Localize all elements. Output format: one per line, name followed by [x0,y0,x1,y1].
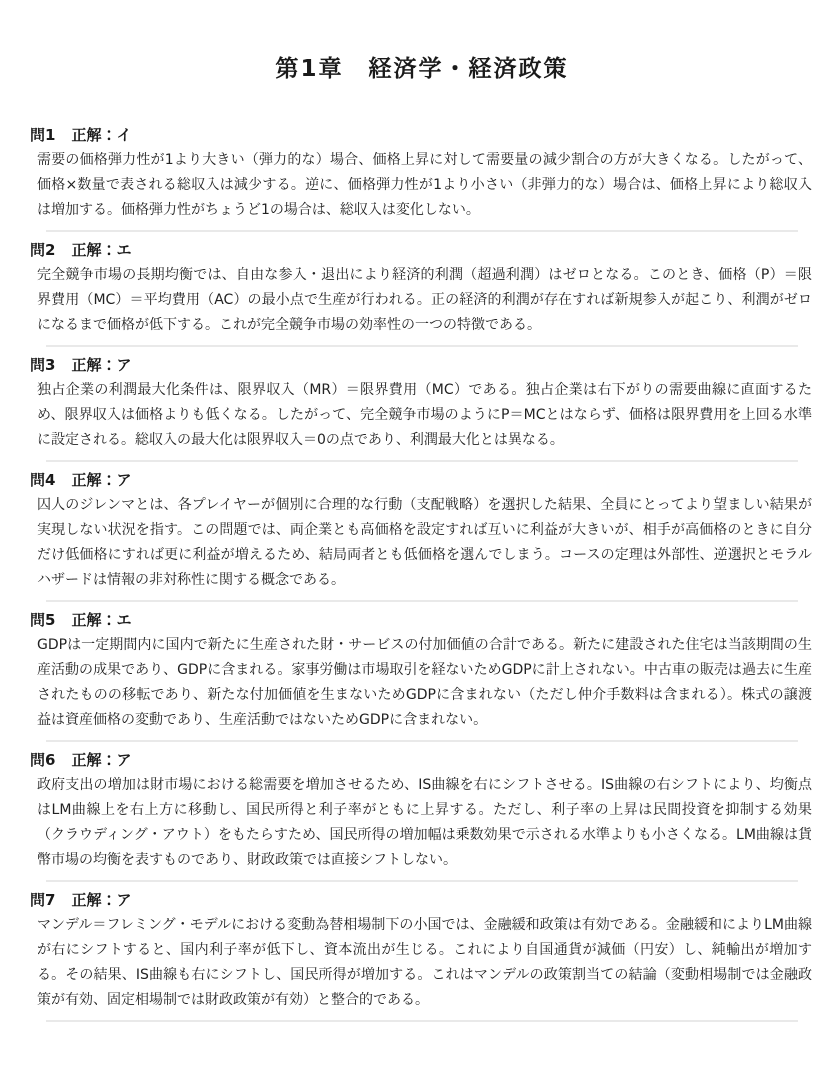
explanation-text: 需要の価格弾力性が1より大きい（弾力的な）場合、価格上昇に対して需要量の減少割合… [37,148,812,223]
question-number: 問2 [30,241,55,259]
page-title: 第1章 経済学・経済政策 [30,50,814,83]
question-header: 問5正解：エ [30,608,814,633]
question-section-3: 問3正解：ア 独占企業の利潤最大化条件は、限界収入（MR）＝限界費用（MC）であ… [30,353,814,462]
section-divider [46,345,798,347]
question-number: 問3 [30,356,55,374]
question-number: 問6 [30,751,55,769]
section-divider [46,460,798,462]
answer-label: 正解：イ [71,126,131,144]
section-divider [46,740,798,742]
answer-label: 正解：ア [71,356,131,374]
section-divider [46,880,798,882]
answer-label: 正解：ア [71,471,131,489]
question-header: 問2正解：エ [30,238,814,263]
document-page: 第1章 経済学・経済政策 問1正解：イ 需要の価格弾力性が1より大きい（弾力的な… [0,0,838,1080]
question-header: 問1正解：イ [30,123,814,148]
question-section-5: 問5正解：エ GDPは一定期間内に国内で新たに生産された財・サービスの付加価値の… [30,608,814,742]
question-number: 問5 [30,611,55,629]
question-section-2: 問2正解：エ 完全競争市場の長期均衡では、自由な参入・退出により経済的利潤（超過… [30,238,814,347]
question-section-1: 問1正解：イ 需要の価格弾力性が1より大きい（弾力的な）場合、価格上昇に対して需… [30,123,814,232]
explanation-text: マンデル＝フレミング・モデルにおける変動為替相場制下の小国では、金融緩和政策は有… [37,913,812,1013]
question-header: 問4正解：ア [30,468,814,493]
section-divider [46,600,798,602]
answer-label: 正解：エ [71,611,131,629]
question-header: 問7正解：ア [30,888,814,913]
explanation-text: GDPは一定期間内に国内で新たに生産された財・サービスの付加価値の合計である。新… [37,633,812,733]
answer-label: 正解：ア [71,891,131,909]
question-header: 問6正解：ア [30,748,814,773]
section-divider [46,1020,798,1022]
question-section-6: 問6正解：ア 政府支出の増加は財市場における総需要を増加させるため、IS曲線を右… [30,748,814,882]
question-number: 問7 [30,891,55,909]
question-section-4: 問4正解：ア 囚人のジレンマとは、各プレイヤーが個別に合理的な行動（支配戦略）を… [30,468,814,602]
question-section-7: 問7正解：ア マンデル＝フレミング・モデルにおける変動為替相場制下の小国では、金… [30,888,814,1022]
section-divider [46,230,798,232]
question-number: 問1 [30,126,55,144]
explanation-text: 政府支出の増加は財市場における総需要を増加させるため、IS曲線を右にシフトさせる… [37,773,812,873]
question-header: 問3正解：ア [30,353,814,378]
answer-label: 正解：ア [71,751,131,769]
explanation-text: 独占企業の利潤最大化条件は、限界収入（MR）＝限界費用（MC）である。独占企業は… [37,378,812,453]
explanation-text: 完全競争市場の長期均衡では、自由な参入・退出により経済的利潤（超過利潤）はゼロと… [37,263,812,338]
question-number: 問4 [30,471,55,489]
answer-label: 正解：エ [71,241,131,259]
explanation-text: 囚人のジレンマとは、各プレイヤーが個別に合理的な行動（支配戦略）を選択した結果、… [37,493,812,593]
